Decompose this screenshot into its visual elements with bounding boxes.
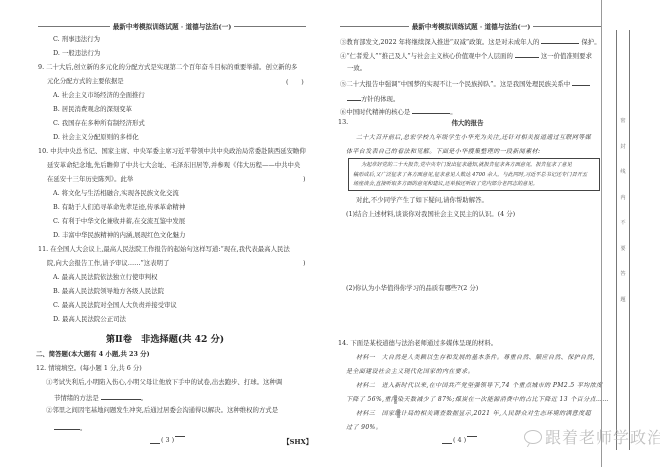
q13-intro-cont: 体平台发表自己的看法和见解。下面是小华搜集整理的一段新闻素材:	[346, 147, 540, 156]
page-number: ( 3 )	[150, 436, 185, 444]
q10-stem: 10. 中共中央总书记、国家主席、中央军委主席习近平带领中共中央政治局常委赴陕西…	[38, 147, 306, 156]
q9-answer-paren: ( )	[286, 77, 304, 86]
q9-option-c: C. 我国存在多种所有制经济形式	[53, 119, 145, 128]
q12-item-4-cont: 一致。	[347, 64, 366, 73]
exam-page-3: 最新中考模拟训练试题 · 道德与法治(一) C. 刑事违法行为 D. 一般违法行…	[0, 0, 330, 467]
q8-option-d: D. 一般违法行为	[53, 49, 100, 58]
q12-item-4-text: ④“仁者爱人”“推己及人”与社会主义核心价值观中个人层面的	[340, 52, 513, 60]
footer-decoration	[442, 443, 452, 444]
q12-item-1-text: 节情绪的方法是	[54, 394, 99, 402]
q14-material-1-cont: 是全面建设社会主义现代化国家的内在要求。	[346, 367, 474, 376]
header-title: 最新中考模拟训练试题 · 道德与法治(一)	[110, 21, 235, 31]
q11-option-b: B. 最高人民法院领导地方各级人民法院	[53, 287, 164, 296]
page-header: 最新中考模拟训练试题 · 道德与法治(一)	[38, 20, 306, 32]
scan-mark	[394, 395, 397, 404]
q12-item-5-tail: 方针的体现。	[361, 95, 399, 103]
footer-decoration	[467, 436, 477, 437]
q11-option-a: A. 最高人民法院依法独立行使审判权	[53, 273, 158, 282]
q12-item-3-tail: 保护。	[581, 38, 600, 46]
q10-option-d: D. 丰富中华民族精神的内涵,展现红色文化魅力	[53, 231, 185, 240]
q13-sub-2: (2)你认为小华值得你学习的品质有哪些?(2 分)	[346, 284, 478, 293]
period: 。	[80, 424, 86, 432]
q12-item-2-cont: 。	[54, 422, 86, 433]
q12-item-2-blank[interactable]	[54, 422, 80, 430]
q12-item-1-blank[interactable]	[101, 392, 141, 400]
page-number-value: 3	[166, 436, 170, 444]
header-rule	[234, 26, 306, 27]
q9-option-d: D. 社会主义分配原则的多样化	[53, 133, 139, 142]
binding-char: 封	[620, 144, 625, 170]
q12-item-1: ①考试失利后,小明陷入伤心,小明父母让他放下手中的试卷,出去跑步、打球。这种调	[46, 378, 282, 387]
news-material-box: 为起草好党的二十大报告,党中央专门发出征求通知,就报告征求各方面意见。报告征求了…	[348, 158, 600, 191]
section-2-title: 第Ⅱ卷 非选择题(共 42 分)	[0, 331, 330, 345]
q12-item-5-text: ⑤二十大报告中强调“中国梦的实现不让一个民族掉队”。这是我国处理民族关系中	[340, 80, 570, 88]
part-2-heading: 二、简答题(本大题有 4 小题,共 23 分)	[36, 350, 150, 359]
binding-char: 不	[620, 220, 625, 246]
wechat-chat-icon	[524, 430, 542, 444]
page-header: 最新中考模拟训练试题 · 道德与法治(一)	[340, 20, 602, 32]
binding-strip: 密 封 线 内 不 要 答 题	[616, 30, 630, 450]
q12-item-4-tail: 这一价值准则要求	[541, 52, 592, 60]
header-rule	[38, 26, 110, 27]
paper-code: 【SHX】	[283, 436, 312, 446]
period: 。	[450, 108, 456, 116]
q12-item-3: ③教育部发文,2022 年将继续深入推进“双减”政策。这是对未成年人的保护。	[340, 36, 601, 47]
q9-option-a: A. 社会主义市场经济的全面推行	[53, 91, 145, 100]
q12-item-3-blank[interactable]	[541, 36, 579, 44]
period: 。	[141, 394, 147, 402]
q12-item-6: ⑥中国时代精神的核心是。	[340, 106, 457, 117]
footer-decoration	[150, 443, 160, 444]
page-number-value: 4	[458, 436, 462, 444]
q10-option-b: B. 有助于人们追寻革命先辈足迹,传承革命精神	[53, 203, 185, 212]
q13-follow-up: 对此,不少同学产生了如下疑问,请你帮助解答。	[356, 196, 488, 205]
q10-stem-cont: 在延安十三年历史陈列》。此举	[47, 175, 133, 184]
q12-item-5: ⑤二十大报告中强调“中国梦的实现不让一个民族掉队”。这是我国处理民族关系中	[340, 78, 590, 89]
q12-item-3-text: ③教育部发文,2022 年将继续深入推进“双减”政策。这是对未成年人的	[340, 38, 539, 46]
q14-material-1: 材料一 大自然是人类赖以生存和发展的基本条件。尊重自然、顺应自然、保护自然,	[356, 353, 595, 362]
q11-answer-paren: )	[303, 259, 306, 267]
q13-intro: 二十大召开前后,总宏学校九年级学生小华充为关注,还针对相关报道通过互联网等媒	[356, 133, 591, 142]
binding-char: 内	[620, 195, 625, 221]
header-rule	[340, 26, 409, 27]
q9-option-b: B. 居民消费观念的深刻变革	[53, 105, 132, 114]
q14-material-2-cont: 下降了 56%,重污染天数减少了 87%;煤炭在一次能源消费中的占比下降近 13…	[346, 395, 609, 404]
q11-option-c: C. 最高人民法院对全国人大负责并接受审议	[53, 301, 177, 310]
binding-char: 线	[620, 169, 625, 195]
q12-item-5-cont: 方针的体现。	[347, 93, 399, 104]
q14-material-3-cont: 过了 90%。	[346, 423, 382, 432]
q12-item-1-cont: 节情绪的方法是。	[54, 392, 147, 403]
footer-decoration	[175, 436, 185, 437]
q10-stem-cont: 延安革命纪念地,先后瞻仰了中共七大会址、毛泽东旧居等,并参观《伟大历程——中共中…	[47, 161, 300, 170]
q12-stem: 12. 情境填空。(每小题 1 分,共 6 分)	[36, 364, 142, 373]
binding-char: 密	[620, 118, 625, 144]
q12-item-4: ④“仁者爱人”“推己及人”与社会主义核心价值观中个人层面的这一价值准则要求	[340, 50, 592, 61]
q10-answer-paren: )	[303, 175, 306, 183]
page-number: ( 4 )	[442, 436, 477, 444]
q13-sub-1: (1)结合上述材料,谈谈你对我国社会主义民主的认识。(4 分)	[346, 210, 515, 219]
q12-item-5-blank[interactable]	[572, 78, 590, 86]
q14-material-2: 材料二 进入新时代以来,在中国共产党坚强领导下,74 个重点城市的 PM2.5 …	[356, 381, 603, 390]
binding-fold-line	[601, 0, 602, 467]
q14-stem: 14. 下面是某校道德与法治老师通过多媒体呈现的材料。	[338, 339, 497, 348]
q11-option-d: D. 最高人民法院公正司法	[53, 315, 126, 324]
q12-item-2: ②邻里之间因宅基地问题发生冲突,后通过居委会沟通得以解决。这种维权的方式是	[46, 406, 278, 415]
binding-char: 要	[620, 246, 625, 272]
q14-material-3: 材料三 国家统计局的相关调查数据显示,2021 年,人民群众对生态环境的满意度超	[356, 409, 591, 418]
q13-title: 伟大的报告	[330, 119, 605, 128]
news-line: 场座谈会,直接听取多方面的意见和建议,还单独还听取了党内部分老同志的意见。	[353, 180, 595, 190]
watermark: 跟着老师学政治	[524, 425, 660, 448]
q12-item-6-blank[interactable]	[412, 106, 450, 114]
exam-page-4: 最新中考模拟训练试题 · 道德与法治(一) ③教育部发文,2022 年将继续深入…	[330, 0, 660, 467]
q12-item-6-text: ⑥中国时代精神的核心是	[340, 108, 410, 116]
binding-char: 题	[620, 297, 625, 323]
news-line: 稿形成后,又广泛征求了各方面意见,征求意见人数达 4700 余人。与此同时,习近…	[353, 171, 595, 181]
q9-stem-cont: 元化分配方式的主要依据是	[47, 77, 124, 86]
watermark-text: 跟着老师学政治	[545, 425, 660, 448]
q11-stem-cont: 院,向大会报告工作,请予审议……”这表明了	[47, 259, 169, 268]
header-title: 最新中考模拟训练试题 · 道德与法治(一)	[409, 21, 534, 31]
q9-stem: 9. 二十大后,创立新的多元化的分配方式是实现第二个百年奋斗目标的重要举措。创立…	[38, 63, 297, 72]
q10-option-c: C. 有利于中华文化兼收并蓄,在交流互鉴中发展	[53, 217, 185, 226]
q8-option-c: C. 刑事违法行为	[53, 35, 100, 44]
q10-option-a: A. 将文化与生活相融合,实现各民族文化交流	[53, 189, 179, 198]
binding-char: 答	[620, 271, 625, 297]
scan-mark	[397, 409, 400, 418]
q12-item-4-blank[interactable]	[515, 50, 539, 58]
q12-item-5-blank-cont[interactable]	[347, 93, 361, 101]
header-rule	[533, 26, 602, 27]
news-line: 为起草好党的二十大报告,党中央专门发出征求通知,就报告征求各方面意见。报告征求了…	[353, 161, 595, 171]
q11-stem: 11. 在全国人大会议上,最高人民法院工作报告的起始句这样写道:“现在,我代表最…	[38, 245, 290, 254]
